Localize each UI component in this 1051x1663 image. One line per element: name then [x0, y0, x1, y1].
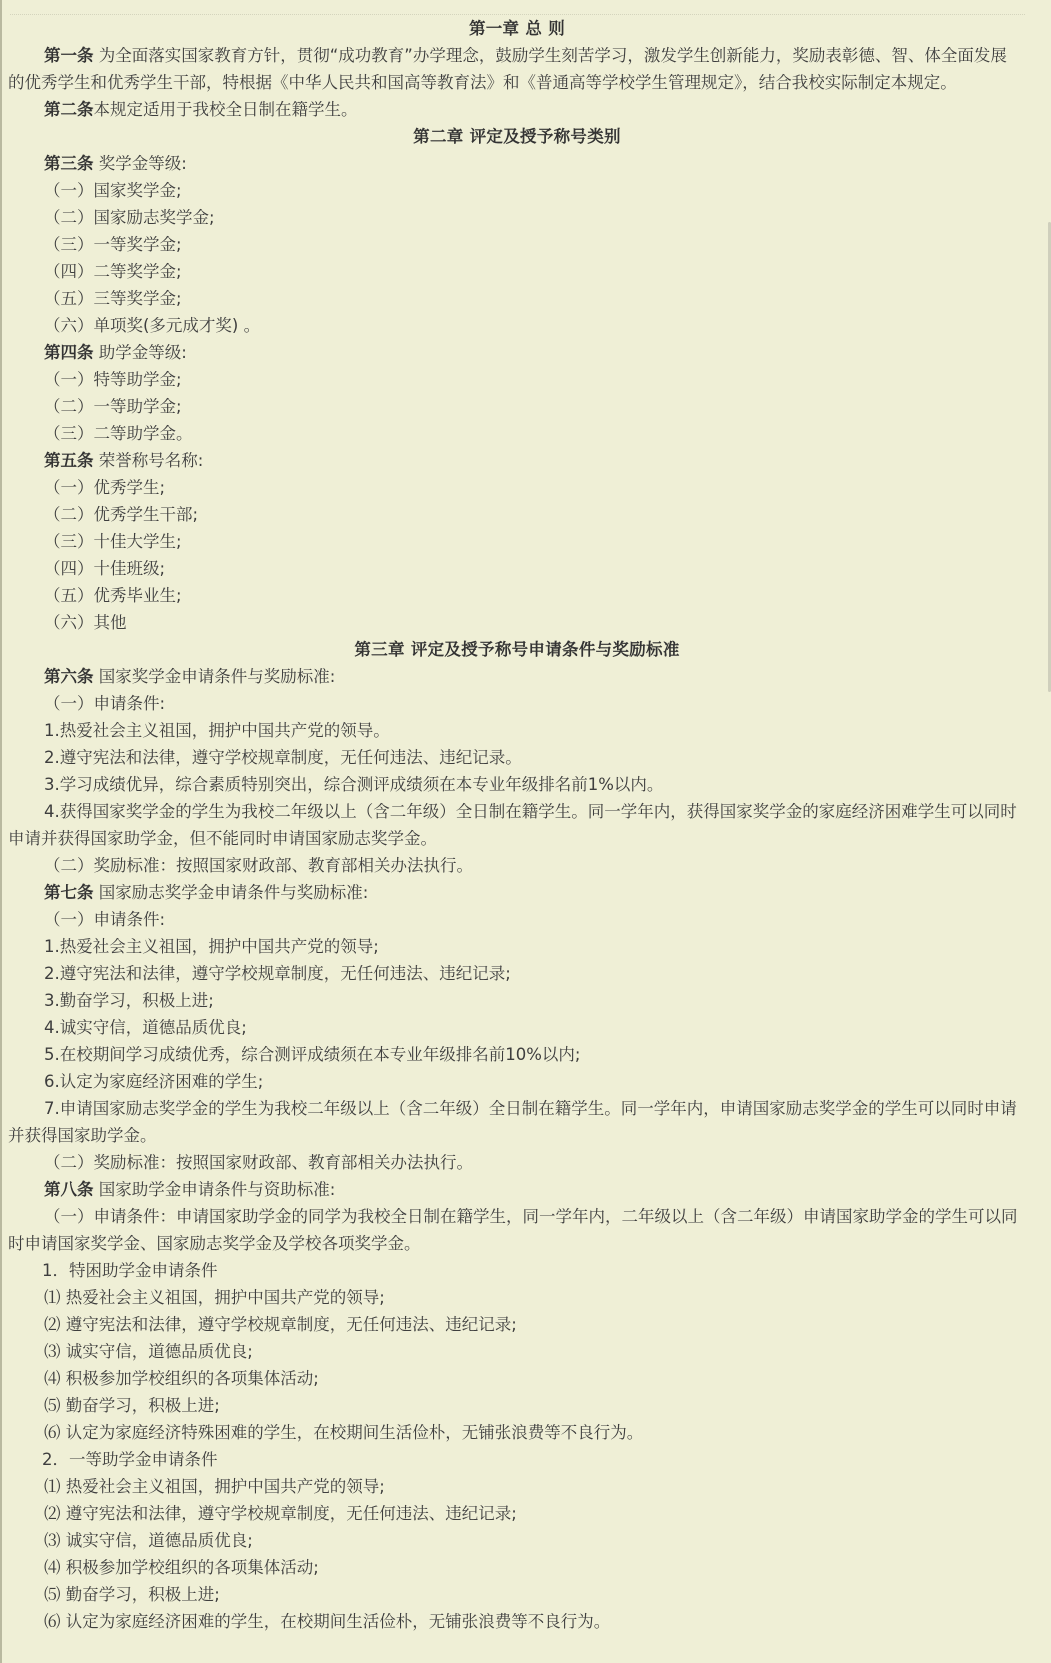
list-item: （二）优秀学生干部;	[2, 501, 1032, 528]
list-item: （一）国家奖学金;	[2, 177, 1032, 204]
list-item: （六）单项奖(多元成才奖) 。	[2, 312, 1032, 339]
article-7-subsection-1: （一）申请条件:	[2, 906, 1032, 933]
list-item: （五）三等奖学金;	[2, 285, 1032, 312]
article-6-label: 第六条	[44, 667, 94, 686]
list-item: ⑸ 勤奋学习，积极上进;	[2, 1392, 1032, 1419]
article-8-group-2-title: 2．一等助学金申请条件	[2, 1446, 1032, 1473]
list-item: ⑷ 积极参加学校组织的各项集体活动;	[2, 1365, 1032, 1392]
article-1: 第一条 为全面落实国家教育方针，贯彻“成功教育”办学理念，鼓励学生刻苦学习，激发…	[2, 42, 1032, 96]
article-3-label: 第三条	[44, 154, 94, 173]
list-item: ⑶ 诚实守信，道德品质优良;	[2, 1338, 1032, 1365]
article-6: 第六条 国家奖学金申请条件与奖励标准:	[2, 663, 1032, 690]
chapter-1-heading: 第一章 总 则	[2, 15, 1032, 42]
article-4-label: 第四条	[44, 343, 94, 362]
article-7: 第七条 国家励志奖学金申请条件与奖励标准:	[2, 879, 1032, 906]
article-8-label: 第八条	[44, 1180, 94, 1199]
article-2-text: 本规定适用于我校全日制在籍学生。	[94, 100, 358, 119]
list-item: 2.遵守宪法和法律，遵守学校规章制度，无任何违法、违纪记录。	[2, 744, 1032, 771]
list-item: ⑸ 勤奋学习，积极上进;	[2, 1581, 1032, 1608]
article-1-label: 第一条	[44, 46, 94, 65]
chapter-2-heading: 第二章 评定及授予称号类别	[2, 123, 1032, 150]
chapter-3-heading: 第三章 评定及授予称号申请条件与奖励标准	[2, 636, 1032, 663]
list-item: ⑴ 热爱社会主义祖国，拥护中国共产党的领导;	[2, 1473, 1032, 1500]
list-item: ⑵ 遵守宪法和法律，遵守学校规章制度，无任何违法、违纪记录;	[2, 1311, 1032, 1338]
list-item: （四）二等奖学金;	[2, 258, 1032, 285]
document-content: 第一章 总 则 第一条 为全面落实国家教育方针，贯彻“成功教育”办学理念，鼓励学…	[2, 15, 1032, 1635]
article-5-text: 荣誉称号名称:	[94, 451, 204, 470]
list-item: 3.勤奋学习，积极上进;	[2, 987, 1032, 1014]
list-item: （三）十佳大学生;	[2, 528, 1032, 555]
list-item: （三）一等奖学金;	[2, 231, 1032, 258]
list-item: （四）十佳班级;	[2, 555, 1032, 582]
article-6-subsection-2: （二）奖励标准：按照国家财政部、教育部相关办法执行。	[2, 852, 1032, 879]
list-item: （二）国家励志奖学金;	[2, 204, 1032, 231]
article-1-text: 为全面落实国家教育方针，贯彻“成功教育”办学理念，鼓励学生刻苦学习，激发学生创新…	[8, 46, 1007, 92]
article-8-group-1-title: 1．特困助学金申请条件	[2, 1257, 1032, 1284]
article-8-subsection-1: （一）申请条件：申请国家助学金的同学为我校全日制在籍学生，同一学年内，二年级以上…	[2, 1203, 1032, 1257]
list-item: ⑹ 认定为家庭经济特殊困难的学生，在校期间生活俭朴，无铺张浪费等不良行为。	[2, 1419, 1032, 1446]
list-item: 4.诚实守信，道德品质优良;	[2, 1014, 1032, 1041]
article-4: 第四条 助学金等级:	[2, 339, 1032, 366]
list-item: ⑴ 热爱社会主义祖国，拥护中国共产党的领导;	[2, 1284, 1032, 1311]
list-item: 3.学习成绩优异，综合素质特别突出，综合测评成绩须在本专业年级排名前1%以内。	[2, 771, 1032, 798]
list-item: 4.获得国家奖学金的学生为我校二年级以上（含二年级）全日制在籍学生。同一学年内，…	[2, 798, 1032, 852]
list-item: 1.热爱社会主义祖国，拥护中国共产党的领导;	[2, 933, 1032, 960]
list-item: 5.在校期间学习成绩优秀，综合测评成绩须在本专业年级排名前10%以内;	[2, 1041, 1032, 1068]
list-item: 7.申请国家励志奖学金的学生为我校二年级以上（含二年级）全日制在籍学生。同一学年…	[2, 1095, 1032, 1149]
list-item: ⑷ 积极参加学校组织的各项集体活动;	[2, 1554, 1032, 1581]
article-4-text: 助学金等级:	[94, 343, 187, 362]
list-item: （一）优秀学生;	[2, 474, 1032, 501]
article-7-subsection-2: （二）奖励标准：按照国家财政部、教育部相关办法执行。	[2, 1149, 1032, 1176]
article-7-label: 第七条	[44, 883, 94, 902]
list-item: ⑶ 诚实守信，道德品质优良;	[2, 1527, 1032, 1554]
article-5: 第五条 荣誉称号名称:	[2, 447, 1032, 474]
list-item: ⑹ 认定为家庭经济困难的学生，在校期间生活俭朴，无铺张浪费等不良行为。	[2, 1608, 1032, 1635]
list-item: （一）特等助学金;	[2, 366, 1032, 393]
article-3-text: 奖学金等级:	[94, 154, 187, 173]
list-item: 2.遵守宪法和法律，遵守学校规章制度，无任何违法、违纪记录;	[2, 960, 1032, 987]
list-item: （六）其他	[2, 609, 1032, 636]
article-3: 第三条 奖学金等级:	[2, 150, 1032, 177]
article-8: 第八条 国家助学金申请条件与资助标准:	[2, 1176, 1032, 1203]
list-item: （五）优秀毕业生;	[2, 582, 1032, 609]
article-8-text: 国家助学金申请条件与资助标准:	[94, 1180, 336, 1199]
document-page: 第一章 总 则 第一条 为全面落实国家教育方针，贯彻“成功教育”办学理念，鼓励学…	[0, 0, 1051, 1663]
article-2-label: 第二条	[44, 100, 94, 119]
vertical-scrollbar[interactable]	[1047, 0, 1051, 1663]
article-7-text: 国家励志奖学金申请条件与奖励标准:	[94, 883, 369, 902]
list-item: ⑵ 遵守宪法和法律，遵守学校规章制度，无任何违法、违纪记录;	[2, 1500, 1032, 1527]
article-6-text: 国家奖学金申请条件与奖励标准:	[94, 667, 336, 686]
article-5-label: 第五条	[44, 451, 94, 470]
list-item: （二）一等助学金;	[2, 393, 1032, 420]
list-item: （三）二等助学金。	[2, 420, 1032, 447]
article-2: 第二条本规定适用于我校全日制在籍学生。	[2, 96, 1032, 123]
article-6-subsection-1: （一）申请条件:	[2, 690, 1032, 717]
list-item: 1.热爱社会主义祖国，拥护中国共产党的领导。	[2, 717, 1032, 744]
list-item: 6.认定为家庭经济困难的学生;	[2, 1068, 1032, 1095]
